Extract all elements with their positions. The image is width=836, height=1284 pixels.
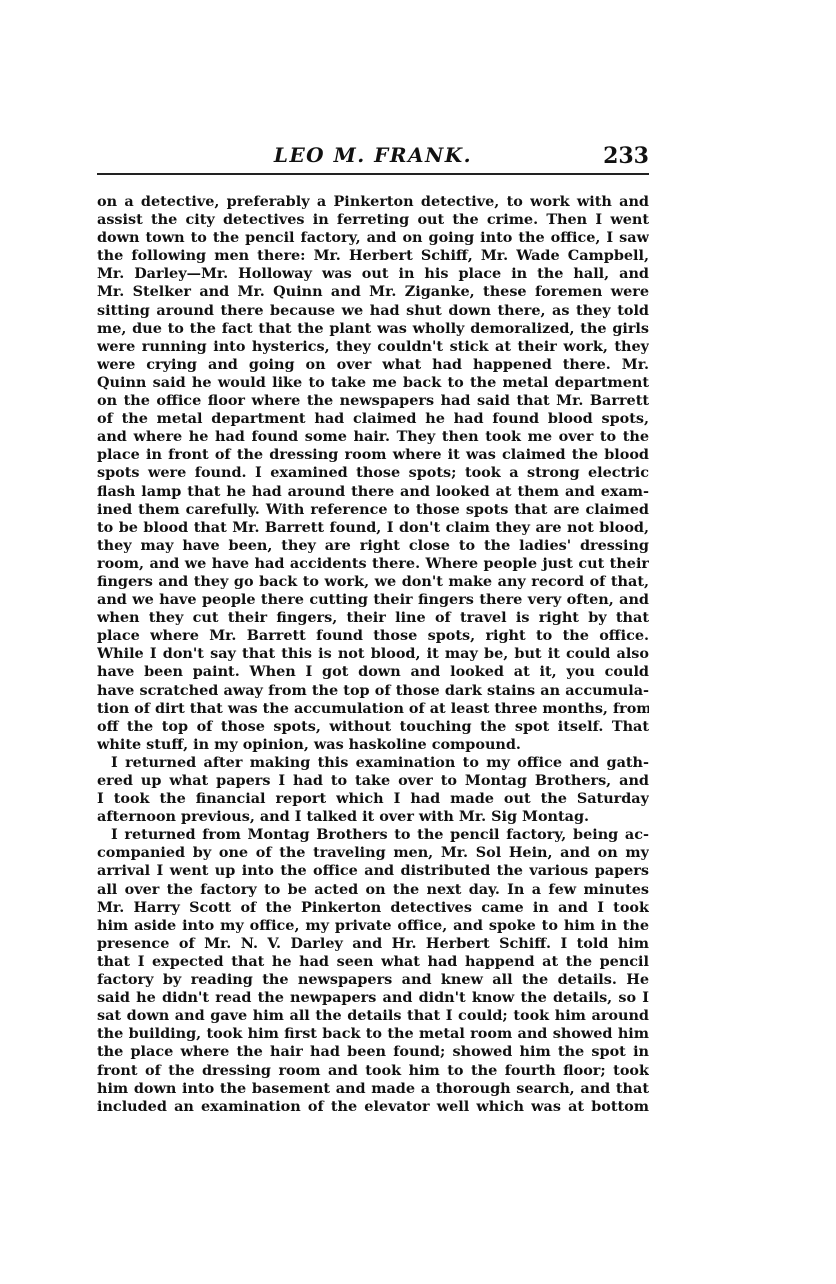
- text-line: ined them carefully. With reference to t…: [97, 501, 649, 519]
- text-line: that I expected that he had seen what ha…: [97, 953, 649, 971]
- text-line: him aside into my office, my private off…: [97, 917, 649, 935]
- text-line: they may have been, they are right close…: [97, 537, 649, 555]
- text-line: down town to the pencil factory, and on …: [97, 229, 649, 247]
- text-line: him down into the basement and made a th…: [97, 1080, 649, 1098]
- text-line: off the top of those spots, without touc…: [97, 718, 649, 736]
- text-line: assist the city detectives in ferreting …: [97, 211, 649, 229]
- text-line: companied by one of the traveling men, M…: [97, 844, 649, 862]
- text-line: Quinn said he would like to take me back…: [97, 374, 649, 392]
- text-line: included an examination of the elevator …: [97, 1098, 649, 1116]
- text-line: Mr. Stelker and Mr. Quinn and Mr. Zigank…: [97, 283, 649, 301]
- text-line: the building, took him first back to the…: [97, 1025, 649, 1043]
- text-line: place where Mr. Barrett found those spot…: [97, 627, 649, 645]
- text-line: Mr. Harry Scott of the Pinkerton detecti…: [97, 899, 649, 917]
- text-line: were running into hysterics, they couldn…: [97, 338, 649, 356]
- text-line: me, due to the fact that the plant was w…: [97, 320, 649, 338]
- text-line: I returned after making this examination…: [97, 754, 649, 772]
- text-line: factory by reading the newspapers and kn…: [97, 971, 649, 989]
- text-line: I returned from Montag Brothers to the p…: [97, 826, 649, 844]
- running-head: LEO M. FRANK. 233: [97, 143, 649, 171]
- book-page: LEO M. FRANK. 233 on a detective, prefer…: [0, 0, 836, 1284]
- text-line: and where he had found some hair. They t…: [97, 428, 649, 446]
- text-line: sat down and gave him all the details th…: [97, 1007, 649, 1025]
- text-line: Mr. Darley—Mr. Holloway was out in his p…: [97, 265, 649, 283]
- text-line: on a detective, preferably a Pinkerton d…: [97, 193, 649, 211]
- text-line: While I don't say that this is not blood…: [97, 645, 649, 663]
- page-number: 233: [603, 143, 649, 169]
- text-line: and we have people there cutting their f…: [97, 591, 649, 609]
- text-line: were crying and going on over what had h…: [97, 356, 649, 374]
- text-line: afternoon previous, and I talked it over…: [97, 808, 649, 826]
- body-text: on a detective, preferably a Pinkerton d…: [97, 193, 649, 1116]
- text-line: to be blood that Mr. Barrett found, I do…: [97, 519, 649, 537]
- text-line: spots were found. I examined those spots…: [97, 464, 649, 482]
- text-line: ered up what papers I had to take over t…: [97, 772, 649, 790]
- text-line: arrival I went up into the office and di…: [97, 862, 649, 880]
- text-line: the following men there: Mr. Herbert Sch…: [97, 247, 649, 265]
- text-line: have scratched away from the top of thos…: [97, 682, 649, 700]
- text-line: room, and we have had accidents there. W…: [97, 555, 649, 573]
- text-line: when they cut their fingers, their line …: [97, 609, 649, 627]
- text-line: white stuff, in my opinion, was haskolin…: [97, 736, 649, 754]
- text-line: I took the financial report which I had …: [97, 790, 649, 808]
- text-line: have been paint. When I got down and loo…: [97, 663, 649, 681]
- text-line: place in front of the dressing room wher…: [97, 446, 649, 464]
- header-rule: [97, 173, 649, 175]
- text-line: on the office floor where the newspapers…: [97, 392, 649, 410]
- text-line: front of the dressing room and took him …: [97, 1062, 649, 1080]
- text-line: presence of Mr. N. V. Darley and Hr. Her…: [97, 935, 649, 953]
- running-title: LEO M. FRANK.: [97, 143, 649, 167]
- text-line: fingers and they go back to work, we don…: [97, 573, 649, 591]
- text-line: the place where the hair had been found;…: [97, 1043, 649, 1061]
- text-line: of the metal department had claimed he h…: [97, 410, 649, 428]
- text-line: said he didn't read the newpapers and di…: [97, 989, 649, 1007]
- text-line: tion of dirt that was the accumulation o…: [97, 700, 649, 718]
- text-line: sitting around there because we had shut…: [97, 302, 649, 320]
- text-line: all over the factory to be acted on the …: [97, 881, 649, 899]
- text-line: flash lamp that he had around there and …: [97, 483, 649, 501]
